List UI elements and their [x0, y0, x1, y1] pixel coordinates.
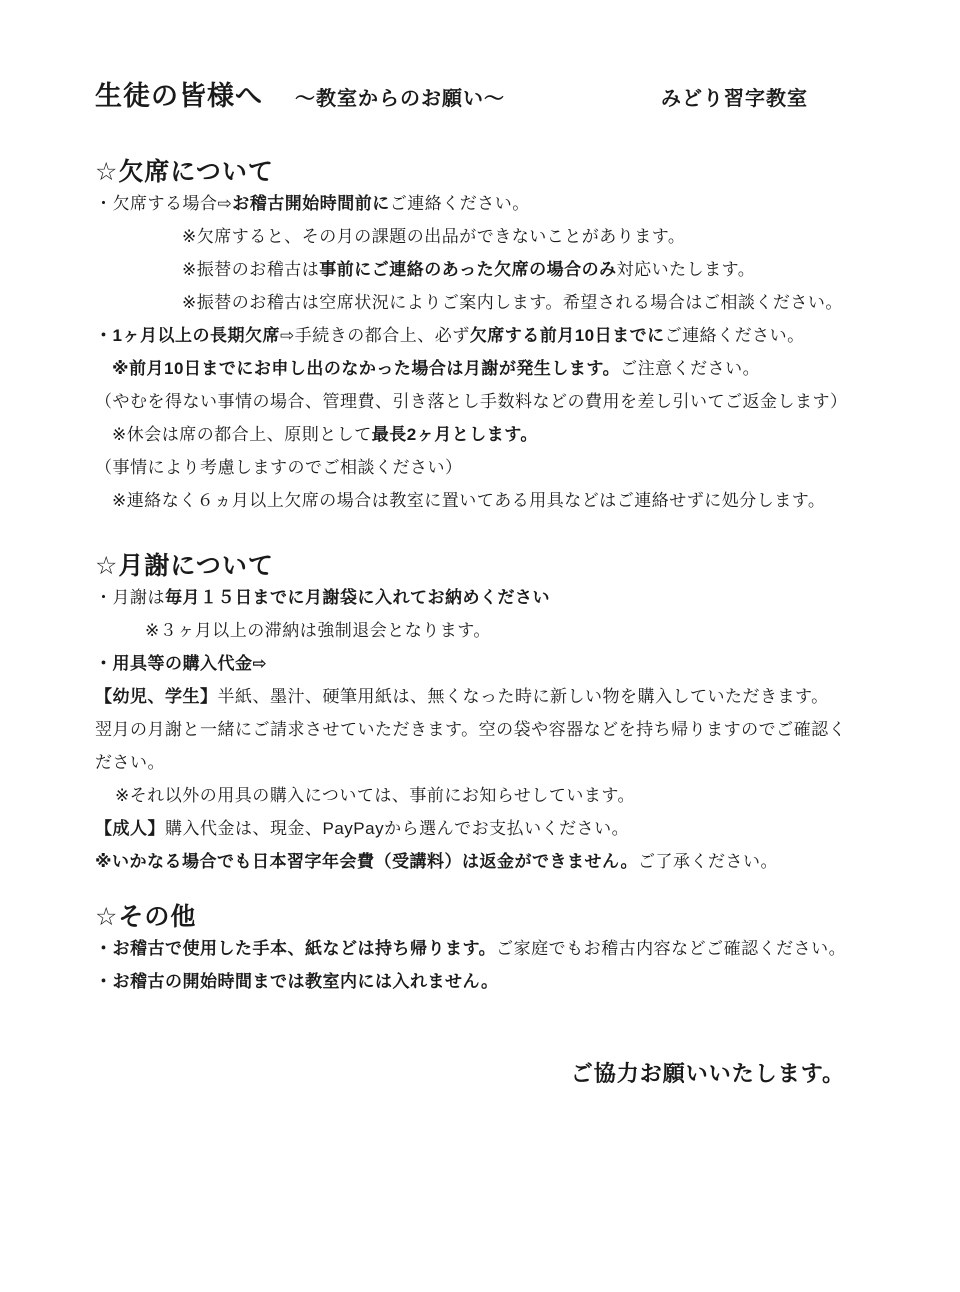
- text-run: ご了承ください。: [638, 852, 778, 871]
- text-run: ⇨手続きの都合上、必ず: [280, 326, 470, 345]
- section-heading-tuition: ☆月謝について: [95, 551, 880, 581]
- paren-consideration-note: （事情により考慮しますのでご相談ください）: [95, 451, 880, 484]
- take-home-rule: ・お稽古で使用した手本、紙などは持ち帰ります。ご家庭でもお稽古内容などご確認くだ…: [95, 932, 880, 965]
- note-makeup-advance: ※振替のお稽古は事前にご連絡のあった欠席の場合のみ対応いたします。: [95, 253, 880, 286]
- adult-payment-rule: 【成人】購入代金は、現金、PayPayから選んでお支払いください。: [95, 812, 880, 845]
- note-suspension-max: ※休会は席の都合上、原則として最長2ヶ月とします。: [95, 418, 880, 451]
- section-other: ☆その他 ・お稽古で使用した手本、紙などは持ち帰ります。ご家庭でもお稽古内容など…: [95, 902, 880, 998]
- text-run: ※それ以外の用具の購入については、事前にお知らせしています。: [115, 786, 635, 805]
- note-exhibition: ※欠席すると、その月の課題の出品ができないことがあります。: [95, 220, 880, 253]
- closing-remark: ご協力お願いいたします。: [95, 1057, 880, 1088]
- text-run: ※連絡なく６ヵ月以上欠席の場合は教室に置いてある用具などはご連絡せずに処分します…: [112, 491, 825, 510]
- kids-purchase-rule: 【幼児、学生】半紙、墨汁、硬筆用紙は、無くなった時に新しい物を購入していただきま…: [95, 680, 880, 713]
- text-run: ・月謝は: [95, 588, 165, 607]
- page-title: 生徒の皆様へ: [95, 74, 263, 113]
- tuition-payment-rule: ・月謝は毎月１５日までに月謝袋に入れてお納めください: [95, 581, 880, 614]
- text-run: （事情により考慮しますのでご相談ください）: [95, 458, 463, 477]
- note-disposal: ※連絡なく６ヵ月以上欠席の場合は教室に置いてある用具などはご連絡せずに処分します…: [95, 484, 880, 517]
- paren-refund-note: （やむを得ない事情の場合、管理費、引き落とし手数料などの費用を差し引いてご返金し…: [95, 385, 880, 418]
- long-absence-rule: ・1ヶ月以上の長期欠席⇨手続きの都合上、必ず欠席する前月10日までにご連絡くださ…: [95, 319, 880, 352]
- section-heading-other: ☆その他: [95, 902, 880, 932]
- bold-run: ・用具等の購入代金⇨: [95, 654, 267, 673]
- text-run: 購入代金は、現金、PayPayから選んでお支払いください。: [165, 819, 629, 838]
- text-run: ※振替のお稽古は: [182, 260, 319, 279]
- kids-purchase-cont2: ださい。: [95, 746, 880, 779]
- bold-run: 最長2ヶ月とします。: [372, 425, 538, 444]
- annual-fee-note: ※いかなる場合でも日本習字年会費（受講料）は返金ができません。ご了承ください。: [95, 845, 880, 878]
- text-run: ご家庭でもお稽古内容などご確認ください。: [496, 939, 846, 958]
- section-tuition: ☆月謝について ・月謝は毎月１５日までに月謝袋に入れてお納めください ※３ヶ月以…: [95, 551, 880, 878]
- school-name: みどり習字教室: [661, 82, 808, 111]
- bold-run: ・お稽古の開始時間までは教室内には入れません。: [95, 972, 499, 991]
- text-run: ※欠席すると、その月の課題の出品ができないことがあります。: [182, 227, 685, 246]
- bold-run: 【幼児、学生】: [95, 687, 218, 706]
- note-overdue: ※３ヶ月以上の滞納は強制退会となります。: [95, 614, 880, 647]
- document-header: 生徒の皆様へ ～教室からのお願い～ みどり習字教室: [95, 74, 880, 113]
- text-run: ※３ヶ月以上の滞納は強制退会となります。: [145, 621, 491, 640]
- bold-run: 【成人】: [95, 819, 165, 838]
- kids-purchase-cont1: 翌月の月謝と一緒にご請求させていただきます。空の袋や容器などを持ち帰りますのでご…: [95, 713, 880, 746]
- text-run: ご注意ください。: [620, 359, 760, 378]
- section-heading-absence: ☆欠席について: [95, 157, 880, 187]
- bold-run: 事前にご連絡のあった欠席の場合のみ: [319, 260, 616, 279]
- bold-run: 毎月１５日までに月謝袋に入れてお納めください: [165, 588, 550, 607]
- text-run: ・欠席する場合⇨: [95, 194, 232, 213]
- text-run: ※振替のお稽古は空席状況によりご案内します。希望される場合はご相談ください。: [182, 293, 843, 312]
- absence-contact-rule: ・欠席する場合⇨お稽古開始時間前にご連絡ください。: [95, 187, 880, 220]
- note-fee-occurs: ※前月10日までにお申し出のなかった場合は月謝が発生します。ご注意ください。: [95, 352, 880, 385]
- text-run: ※休会は席の都合上、原則として: [112, 425, 372, 444]
- bold-run: ※いかなる場合でも日本習字年会費（受講料）は返金ができません。: [95, 852, 638, 871]
- supplies-purchase-heading: ・用具等の購入代金⇨: [95, 647, 880, 680]
- text-run: ご連絡ください。: [390, 194, 530, 213]
- text-run: 翌月の月謝と一緒にご請求させていただきます。空の袋や容器などを持ち帰りますのでご…: [95, 720, 846, 739]
- note-makeup-vacancy: ※振替のお稽古は空席状況によりご案内します。希望される場合はご相談ください。: [95, 286, 880, 319]
- document-page: 生徒の皆様へ ～教室からのお願い～ みどり習字教室 ☆欠席について ・欠席する場…: [0, 0, 960, 1292]
- text-run: 対応いたします。: [617, 260, 756, 279]
- text-run: （やむを得ない事情の場合、管理費、引き落とし手数料などの費用を差し引いてご返金し…: [95, 392, 848, 411]
- text-run: ださい。: [95, 753, 165, 772]
- page-subtitle: ～教室からのお願い～: [295, 82, 505, 111]
- entry-time-rule: ・お稽古の開始時間までは教室内には入れません。: [95, 965, 880, 998]
- bold-run: お稽古開始時間前に: [232, 194, 390, 213]
- text-run: 半紙、墨汁、硬筆用紙は、無くなった時に新しい物を購入していただきます。: [218, 687, 829, 706]
- text-run: ご連絡ください。: [665, 326, 805, 345]
- note-other-supplies: ※それ以外の用具の購入については、事前にお知らせしています。: [95, 779, 880, 812]
- bold-run: ※前月10日までにお申し出のなかった場合は月謝が発生します。: [112, 359, 620, 378]
- section-absence: ☆欠席について ・欠席する場合⇨お稽古開始時間前にご連絡ください。 ※欠席すると…: [95, 157, 880, 517]
- bold-run: ・1ヶ月以上の長期欠席: [95, 326, 280, 345]
- bold-run: 欠席する前月10日までに: [470, 326, 665, 345]
- bold-run: ・お稽古で使用した手本、紙などは持ち帰ります。: [95, 939, 496, 958]
